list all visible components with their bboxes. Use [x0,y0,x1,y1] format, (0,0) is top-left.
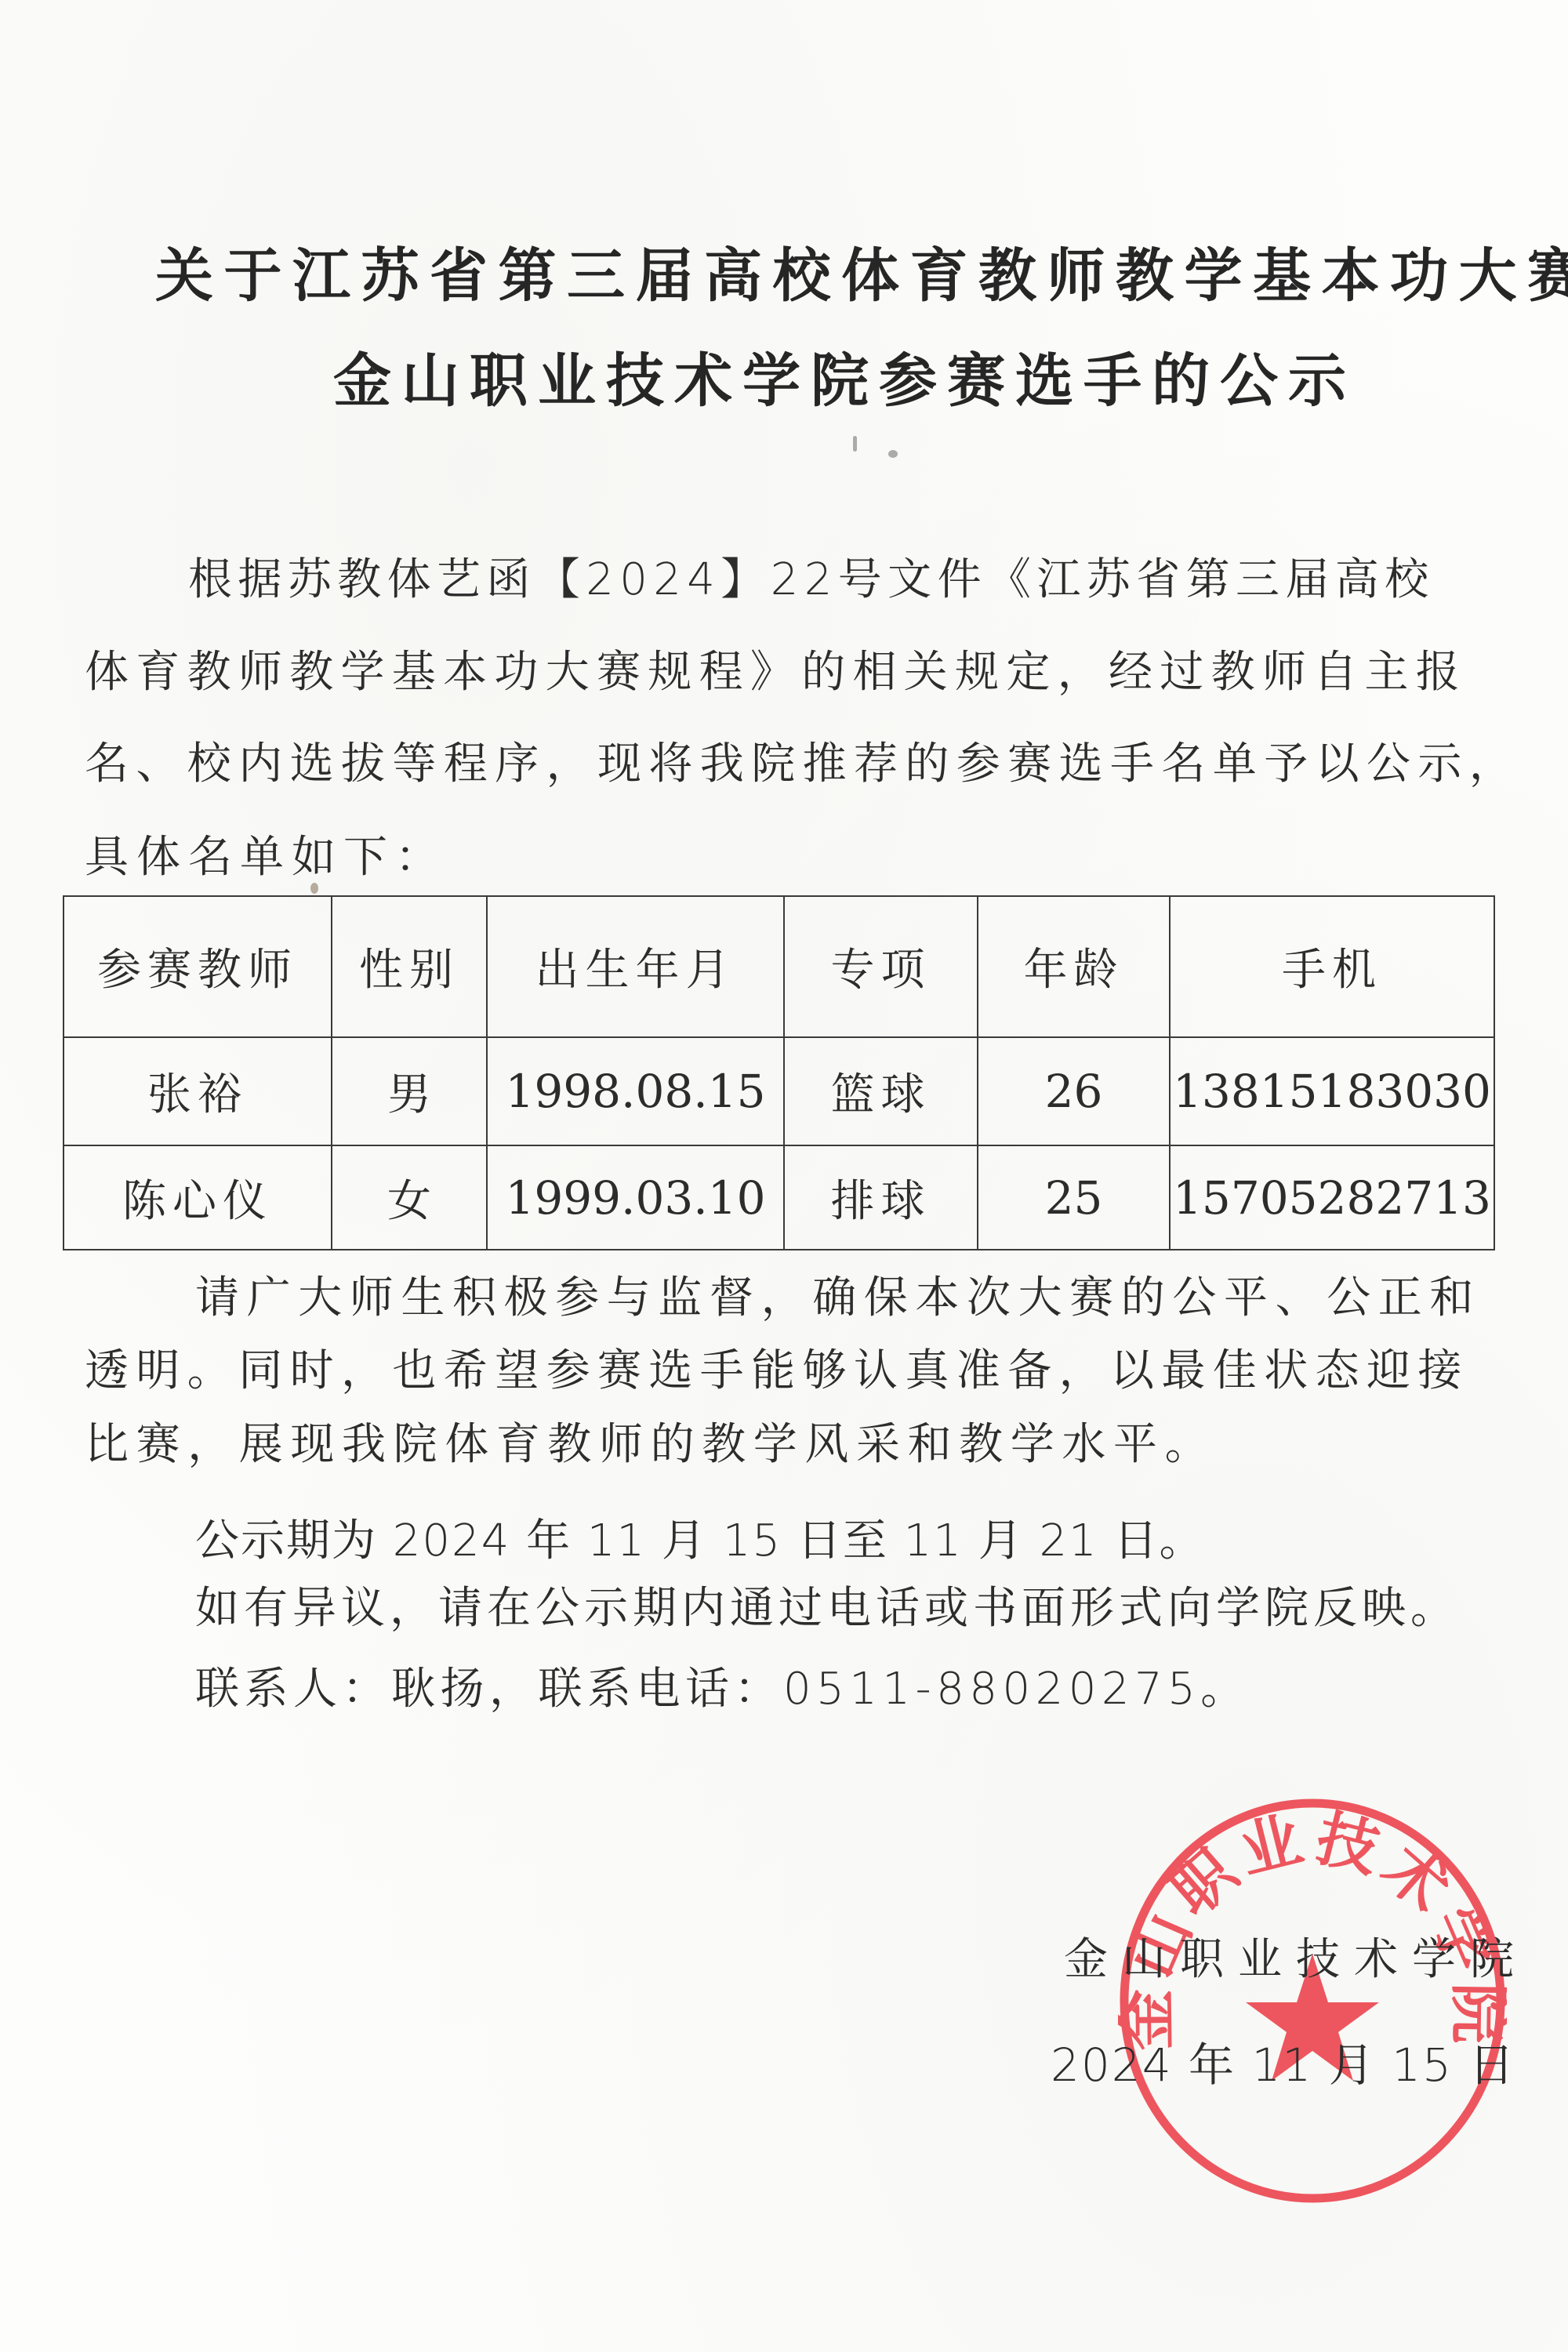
header-specialty: 专项 [784,896,978,1037]
cell-birth: 1999.03.10 [487,1145,784,1250]
publicity-period-line: 公示期为 2024 年 11 月 15 日至 11 月 21 日。 [195,1516,1205,1566]
scan-speck [853,436,857,452]
supervision-line-1: 请广大师生积极参与监督，确保本次大赛的公平、公正和 [195,1273,1481,1323]
table-row: 陈心仪 女 1999.03.10 排球 25 15705282713 [64,1145,1494,1250]
cell-birth: 1998.08.15 [487,1037,784,1145]
header-gender: 性别 [332,896,487,1037]
header-phone: 手机 [1170,896,1494,1037]
intro-line-4: 具体名单如下： [85,833,447,883]
intro-line-3: 名、校内选拔等程序，现将我院推荐的参赛选手名单予以公示， [85,739,1520,789]
cell-gender: 女 [332,1145,487,1250]
cell-phone: 15705282713 [1170,1145,1494,1250]
supervision-line-3: 比赛，展现我院体育教师的教学风采和教学水平。 [85,1420,1216,1470]
objection-line: 如有异议，请在公示期内通过电话或书面形式向学院反映。 [195,1584,1459,1634]
signature-organization: 金山职业技术学院 [1064,1935,1528,1985]
cell-specialty: 排球 [784,1145,978,1250]
cell-age: 25 [978,1145,1170,1250]
cell-name: 张裕 [64,1037,332,1145]
cell-name: 陈心仪 [64,1145,332,1250]
cell-specialty: 篮球 [784,1037,978,1145]
table-row: 张裕 男 1998.08.15 篮球 26 13815183030 [64,1037,1494,1145]
intro-line-1: 根据苏教体艺函【2024】22号文件《江苏省第三届高校 [188,555,1435,605]
contestant-table: 参赛教师 性别 出生年月 专项 年龄 手机 张裕 男 1998.08.15 篮球… [63,895,1495,1250]
cell-age: 26 [978,1037,1170,1145]
scan-speck [310,883,318,894]
document-title-line-2: 金山职业技术学院参赛选手的公示 [333,350,1568,412]
cell-gender: 男 [332,1037,487,1145]
contact-line: 联系人：耿扬，联系电话：0511-88020275。 [195,1664,1250,1715]
document-title-line-1: 关于江苏省第三届高校体育教师教学基本功大赛 [155,245,1568,307]
cell-phone: 13815183030 [1170,1037,1494,1145]
scan-speck [888,450,898,458]
signature-date: 2024 年 11 月 15 日 [1051,2040,1515,2090]
header-birth: 出生年月 [487,896,784,1037]
header-age: 年龄 [978,896,1170,1037]
table-header-row: 参赛教师 性别 出生年月 专项 年龄 手机 [64,896,1494,1037]
intro-line-2: 体育教师教学基本功大赛规程》的相关规定，经过教师自主报 [85,648,1467,698]
header-teacher: 参赛教师 [64,896,332,1037]
supervision-line-2: 透明。同时，也希望参赛选手能够认真准备，以最佳状态迎接 [85,1346,1469,1396]
